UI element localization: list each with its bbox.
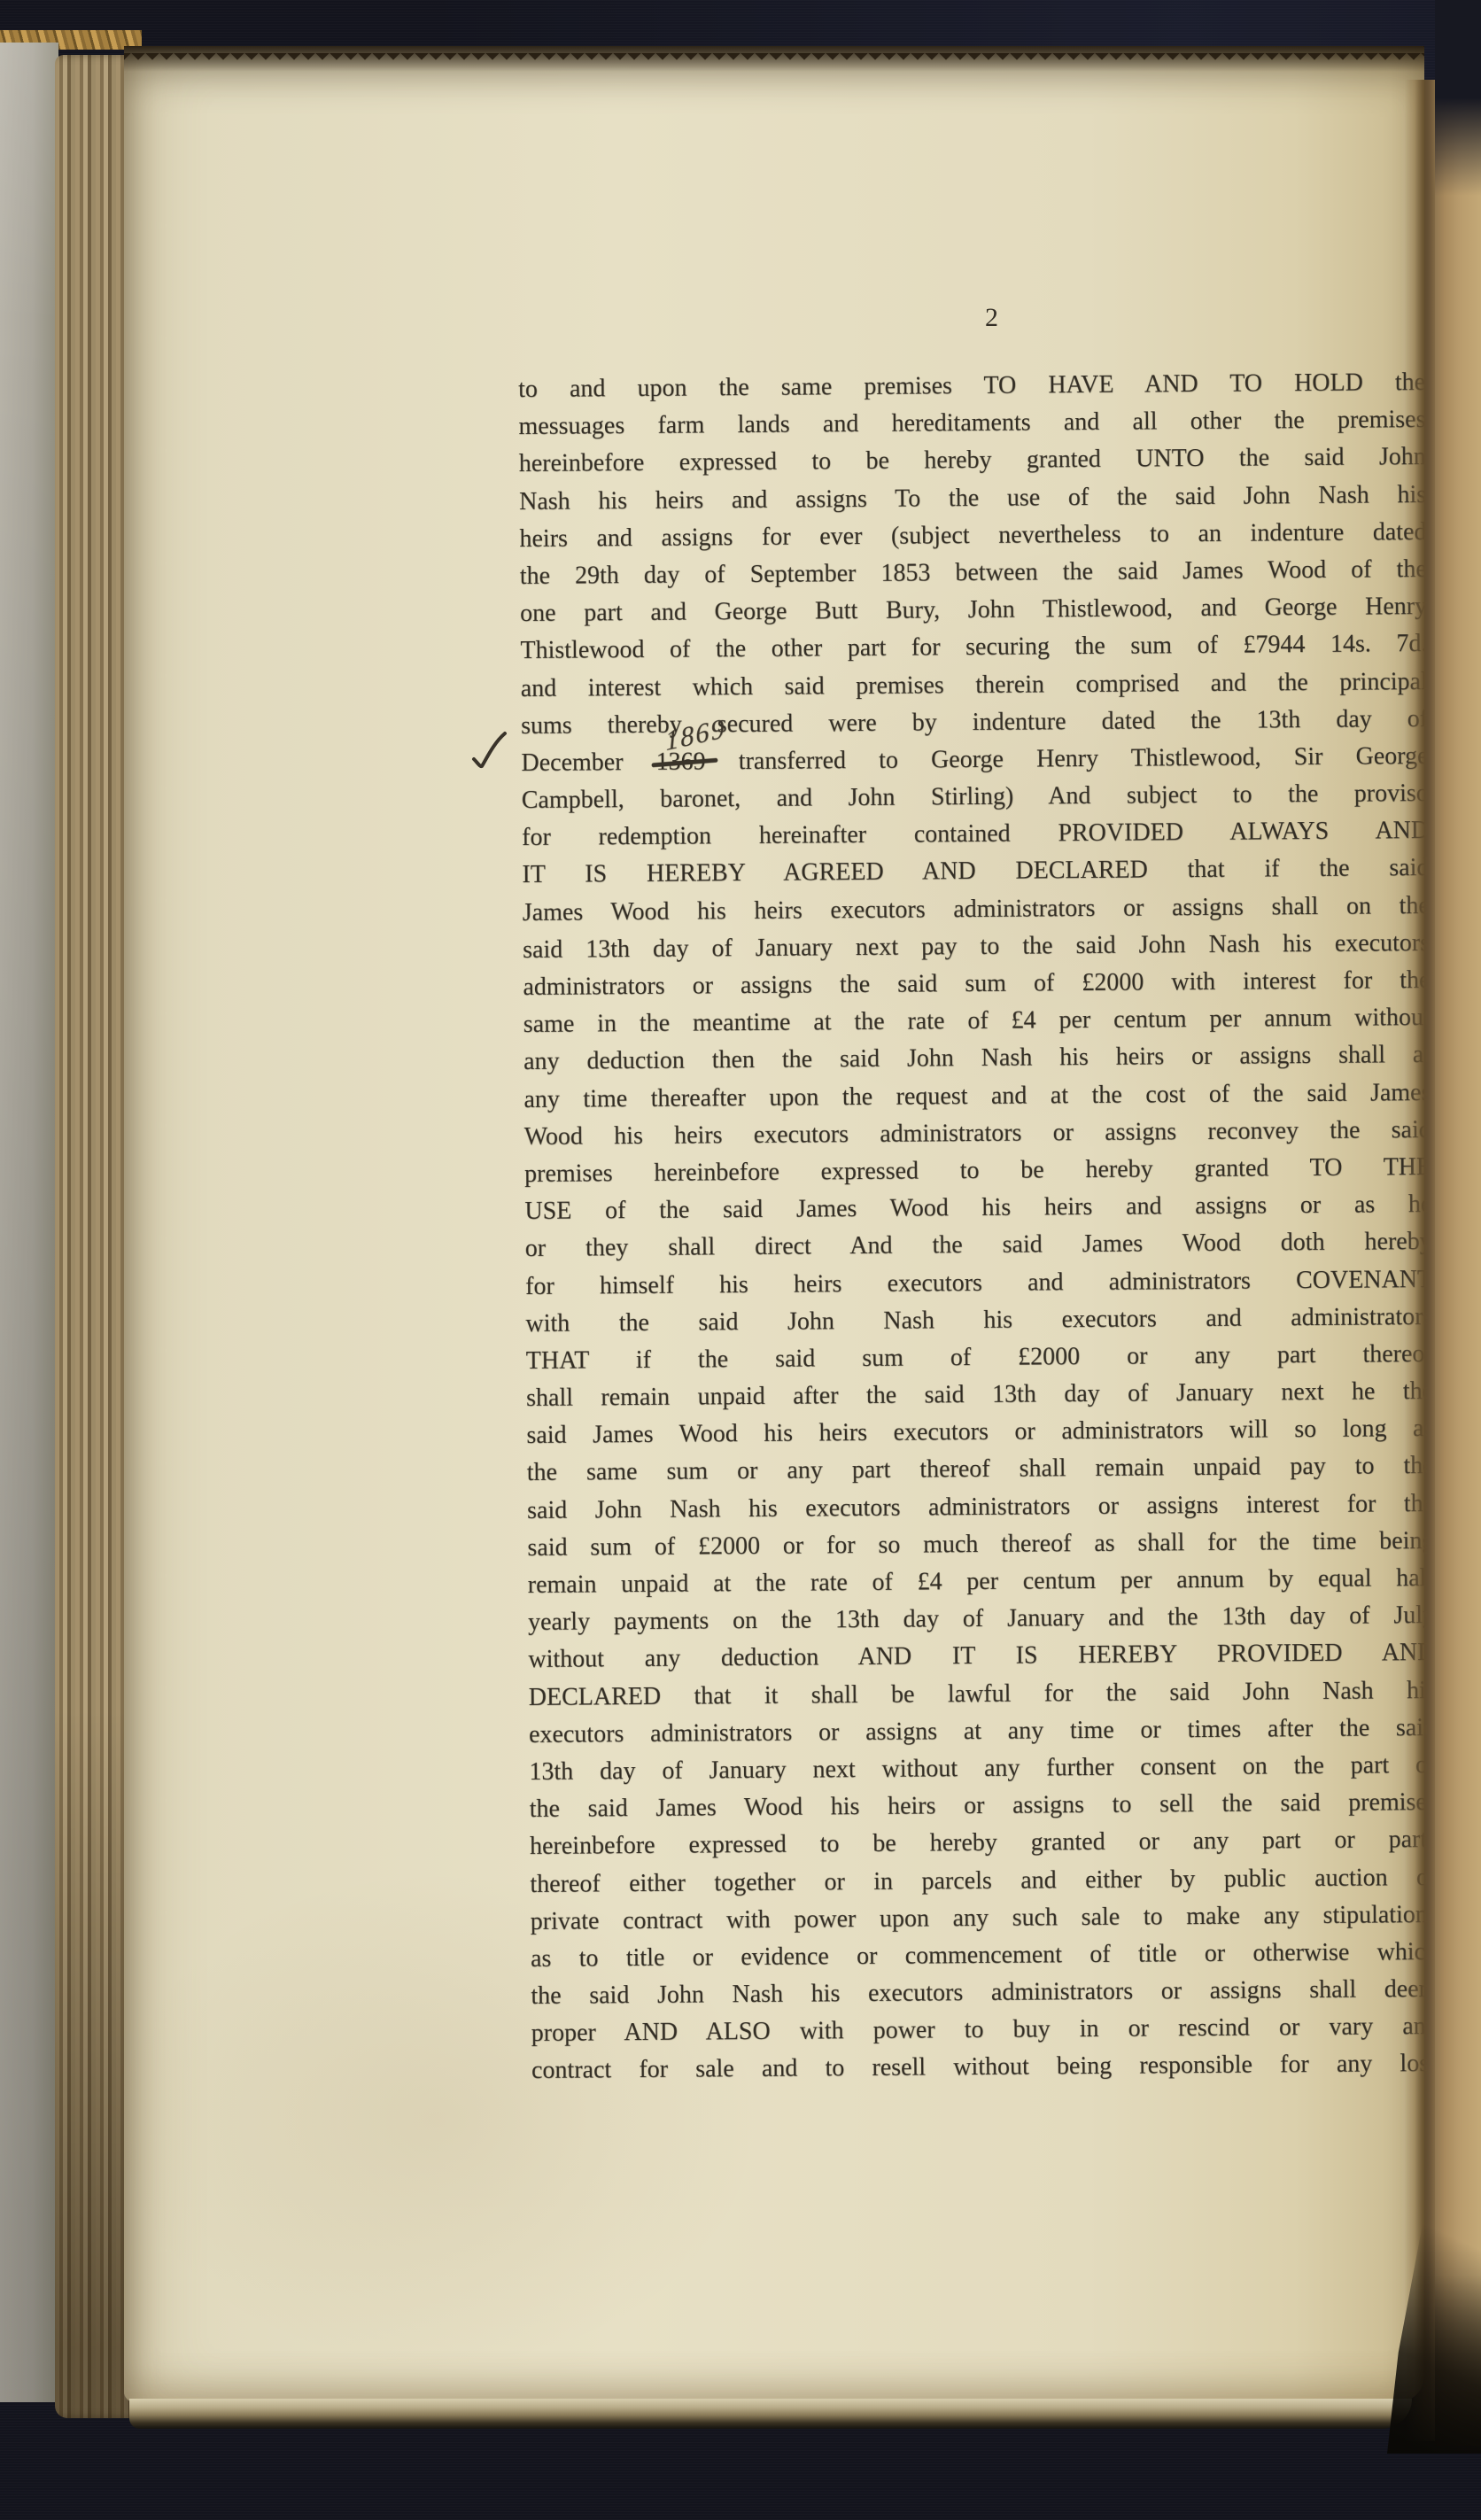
facing-page-edge	[1435, 0, 1481, 2446]
left-underpage-edge	[0, 43, 58, 2402]
annotated-line-suffix: transferred to George Henry Thistlewood,…	[739, 742, 1429, 775]
document-line: any deduction then the said John Nash hi…	[523, 1036, 1431, 1081]
bottom-page-edges	[129, 2399, 1412, 2429]
document-line: or they shall direct And the said James …	[525, 1223, 1432, 1268]
annotated-line-prefix: December	[521, 748, 623, 777]
document-line: IT IS HEREBY AGREED AND DECLARED that if…	[522, 849, 1429, 894]
document-line: the same sum or any part thereof shall r…	[527, 1447, 1434, 1492]
document-line: hereinbefore expressed to be hereby gran…	[519, 438, 1426, 483]
margin-checkmark-icon	[468, 726, 526, 785]
document-line: Thistlewood of the other part for securi…	[520, 625, 1427, 670]
page-number: 2	[971, 303, 1013, 333]
page-fold-shadow	[1405, 80, 1437, 2441]
document-line: contract for sale and to resell without …	[531, 2045, 1438, 2090]
struck-year: 13691869	[655, 743, 705, 781]
page-top-singed-edge	[124, 46, 1424, 76]
book-photo-scene: 2 to and upon the same premises TO HAVE …	[0, 0, 1481, 2520]
document-line: hereinbefore expressed to be hereby gran…	[530, 1821, 1437, 1865]
document-line: without any deduction AND IT IS HEREBY P…	[528, 1634, 1435, 1679]
document-text-block: to and upon the same premises TO HAVE AN…	[518, 364, 1438, 2090]
document-line-annotated: December 13691869 transferred to George …	[521, 738, 1428, 782]
